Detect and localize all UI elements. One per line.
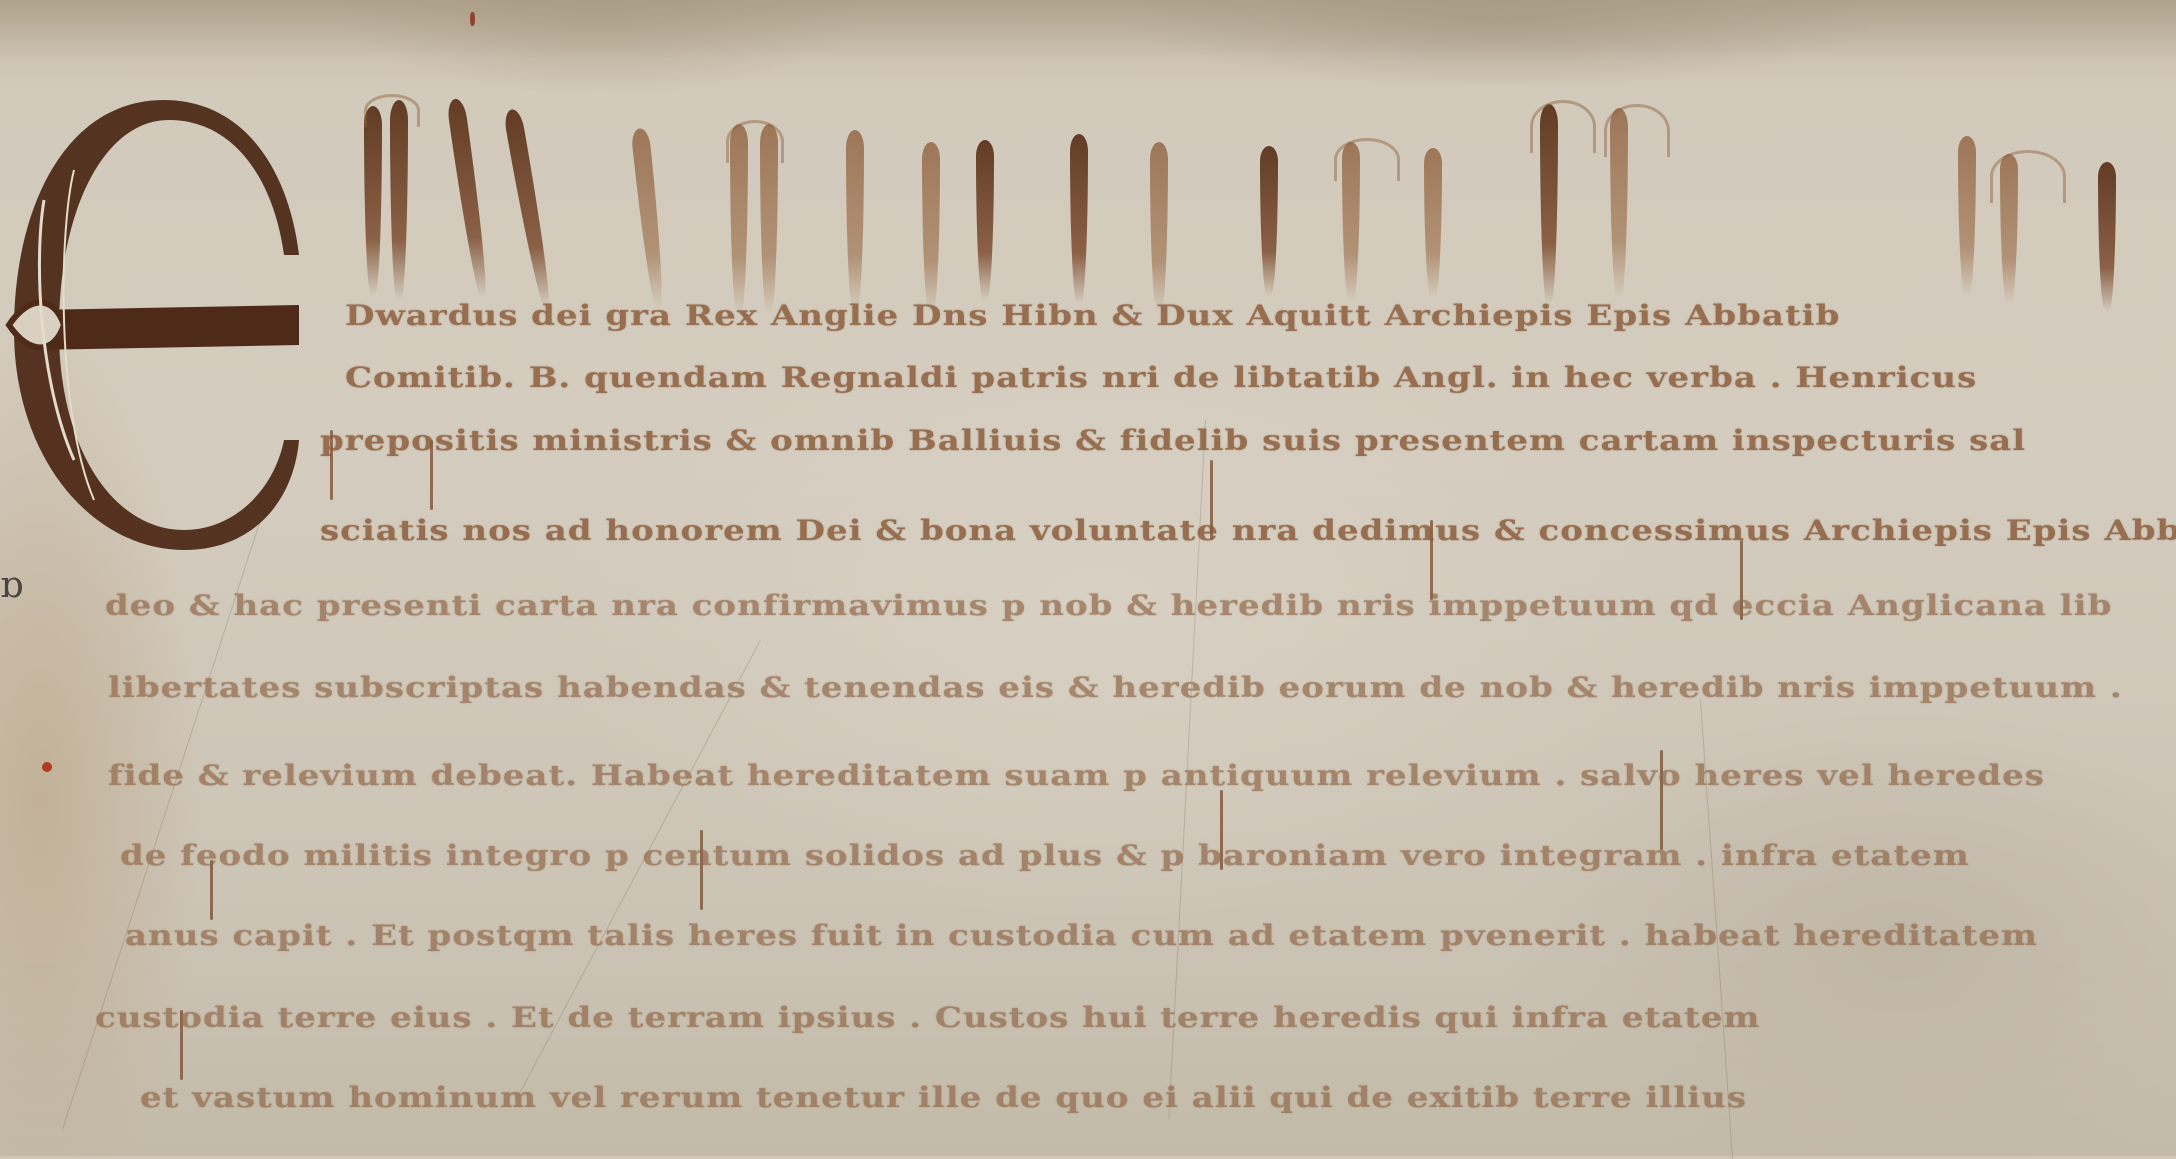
text-line-10: custodia terre eius . Et de terram ipsiu… xyxy=(95,1002,1761,1035)
text-line-5: deo & hac presenti carta nra confirmavim… xyxy=(105,590,2112,623)
text-line-6: libertates subscriptas habendas & tenend… xyxy=(108,672,2123,705)
text-line-4: sciatis nos ad honorem Dei & bona volunt… xyxy=(320,515,2176,548)
text-line-3: prepositis ministris & omnib Balliuis & … xyxy=(320,425,2026,458)
text-line-7: fide & relevium debeat. Habeat hereditat… xyxy=(108,760,2045,793)
text-line-11: et vastum hominum vel rerum tenetur ille… xyxy=(140,1082,1747,1115)
charter-text: Dwardus dei gra Rex Anglie Dns Hibn & Du… xyxy=(0,0,2176,1156)
text-line-2: Comitib. B. quendam Regnaldi patris nri … xyxy=(345,362,1977,395)
text-line-9: anus capit . Et postqm talis heres fuit … xyxy=(125,920,2038,953)
text-line-8: de feodo militis integro p centum solido… xyxy=(120,840,1970,873)
text-line-1: Dwardus dei gra Rex Anglie Dns Hibn & Du… xyxy=(345,300,1840,333)
